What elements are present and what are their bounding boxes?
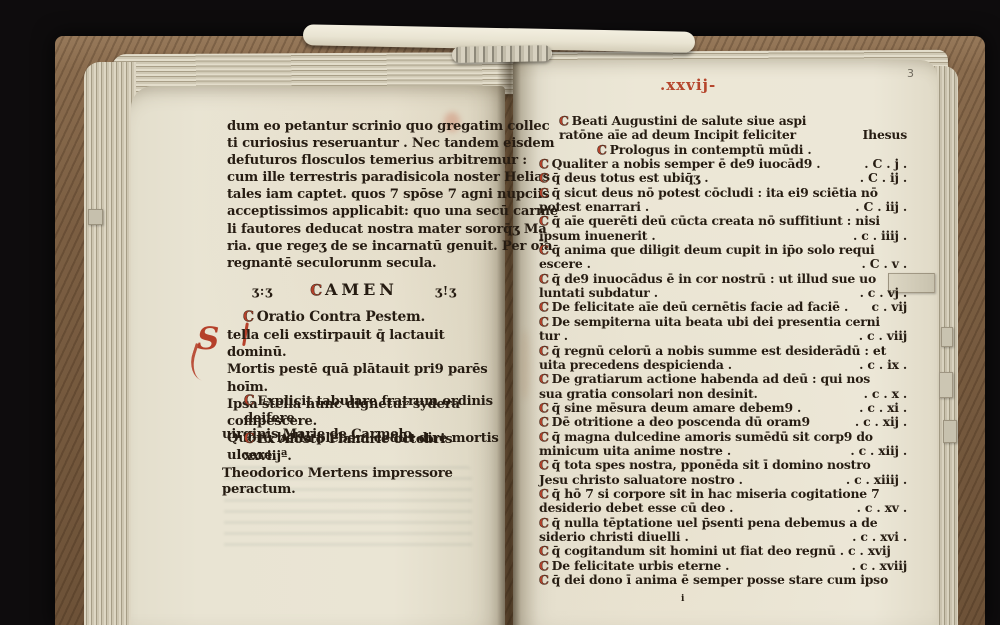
entry-chapter-ref: . c . xviij [846,559,907,573]
rubric-pilcrow-icon: C [539,214,549,229]
entry-text: q̄ de9 inuocādus ē in cor nostrū : ut il… [552,272,876,286]
entry-text: q̄ regnū celorū a nobis summe est deside… [552,344,886,358]
entry-chapter-ref: . c . xiiij . [840,473,907,487]
entry-text: ipsum inuenerit . [539,229,655,243]
toc-entry: tur .. c . viij [539,329,907,343]
entry-text: desiderio debet esse cū deo . [539,501,733,515]
entry-text: q̄ deus totus est ubiq̄ʒ . [552,171,709,185]
text-line: ti curiosius reseruantur . Nec tandem ei… [227,135,500,152]
rubric-pilcrow-icon: C [539,486,549,501]
entry-text: q̄ hō 7 si corpore sit in hac miseria co… [552,487,880,501]
entry-chapter-ref: c . vij [866,300,907,314]
photograph-of-open-book: 3 i dum eo petantur scrinio quo gregatim… [0,0,1000,625]
rubric-pilcrow-icon: C [539,185,549,200]
entry-text: q̄ aīe querēti deū cūcta creata nō suffi… [552,214,880,228]
toc-entry: ratōne aīe ad deum Incipit feliciterIhes… [539,128,907,142]
toc-entry: sua gratia consolari non desinit.. c . x… [539,387,907,401]
entry-text: Beati Augustini de salute siue aspi [572,114,807,128]
amen-line: ʒ:ʒ CAMEN ʒ!ʒ [252,280,457,299]
toc-entry: Cq̄ hō 7 si corpore sit in hac miseria c… [539,487,907,501]
entry-chapter-ref: . C . iij . [849,200,907,214]
text-line: dum eo petantur scrinio quo gregatim col… [227,118,500,135]
toc-entry: CDe felicitate aīe deū cernētis facie ad… [539,300,907,314]
entry-text: uita precedens despicienda . [539,358,732,372]
text-line: defuturos flosculos temerius arbitremur … [227,152,500,169]
entry-text: tur . [539,329,568,343]
entry-text: De sempiterna uita beata ubi dei present… [552,315,880,329]
text-line: Ex Alosto Flandrie octobris xxviijª. [244,432,452,464]
entry-chapter-ref: . c . viij [853,329,907,343]
entry-text: De gratiarum actione habenda ad deū : qu… [552,372,870,386]
toc-entry: Cq̄ deus totus est ubiq̄ʒ .. C . ij . [539,171,907,185]
rubric-pilcrow-icon: C [310,280,322,299]
text-line: tales iam captet. quos 7 spōse 7 agni nu… [227,186,500,203]
toc-entry: Cq̄ cogitandum sit homini ut fiat deo re… [539,544,907,558]
toc-entry: Cq̄ nulla tēptatione uel p̄senti pena de… [539,516,907,530]
rubric-pilcrow-icon: C [244,431,254,449]
entry-text: q̄ nulla tēptatione uel p̄senti pena deb… [552,516,878,530]
fore-edge-tab-2 [939,372,953,398]
rubric-pilcrow-icon: C [539,343,549,358]
entry-text: De felicitate aīe deū cernētis facie ad … [552,300,848,314]
entry-chapter-ref: . c . xi . [853,401,907,415]
toc-entry: Cq̄ regnū celorū a nobis summe est desid… [539,344,907,358]
rubric-pilcrow-icon: C [243,308,254,325]
toc-entry: Cq̄ tota spes nostra, pponēda sit ī domi… [539,458,907,472]
rubric-pilcrow-icon: C [244,393,254,411]
entry-text: ratōne aīe ad deum Incipit feliciter [559,128,796,142]
colophon-block: CEx Alosto Flandrie octobris xxviijª.The… [222,432,502,499]
entry-text: q̄ magna dulcedine amoris sumēdū sit cor… [552,430,873,444]
rubric-pilcrow-icon: C [539,458,549,473]
toc-entry: CDē otritione a deo poscenda dū oram9. c… [539,415,907,429]
entry-chapter-ref: . c . iiij . [847,229,907,243]
entry-text: luntati subdatur . [539,286,658,300]
text-line: cum ille terrestris paradisicola noster … [227,169,500,186]
left-paragraph: dum eo petantur scrinio quo gregatim col… [227,118,500,272]
oratio-heading: COratio Contra Pestem. [243,309,425,325]
rubric-pilcrow-icon: C [539,572,549,587]
text-line: regnantē seculorunm secula. [227,255,500,272]
entry-chapter-ref: . c . xvi . [846,530,907,544]
parchment-tab-left [88,209,103,225]
ornament-left: ʒ:ʒ [252,284,273,298]
amen-word: CAMEN [310,280,398,299]
toc-entry: CQualiter a nobis semper ē de9 iuocād9 .… [539,157,907,171]
toc-entry: luntati subdatur .. c . vj . [539,286,907,300]
entry-chapter-ref: . c . ix . [853,358,907,372]
toc-entry: Cq̄ magna dulcedine amoris sumēdū sit co… [539,430,907,444]
entry-chapter-ref: . C . ij . [854,171,907,185]
toc-entry: desiderio debet esse cū deo .. c . xv . [539,501,907,515]
rubric-pilcrow-icon: C [539,372,549,387]
pencil-folio-number: 3 [907,67,914,80]
entry-chapter-ref: . C . j . [858,157,907,171]
toc-entry: siderio christi diuelli .. c . xvi . [539,530,907,544]
toc-entry: uita precedens despicienda .. c . ix . [539,358,907,372]
toc-entry: Cq̄ dei dono ī anima ē semper posse star… [539,573,907,587]
right-page-entries: CBeati Augustini de salute siue aspiratō… [539,114,907,587]
toc-entry: Cq̄ anima que diligit deum cupit in ip̄o… [539,243,907,257]
text-line: Explicit tabulare fratrum ordinis deifer… [244,394,493,426]
colophon-line: Theodorico Mertens impressore peractum. [222,466,502,500]
fore-edge-tab-1 [941,327,953,347]
text-line: ria. que regeʒ de se incarnatū genuit. P… [227,238,500,255]
rubric-pilcrow-icon: C [539,271,549,286]
colophon-line: CEx Alosto Flandrie octobris xxviijª. [222,432,502,466]
rubric-pilcrow-icon: C [539,314,549,329]
rubric-pilcrow-icon: C [539,429,549,444]
entry-text: q̄ sine mēsura deum amare debem9 . [552,401,801,415]
entry-text: Dē otritione a deo poscenda dū oram9 [552,415,810,429]
entry-text: Jesu christo saluatore nostro . [539,473,743,487]
entry-chapter-ref: . C . v . [856,257,907,271]
entry-chapter-ref: . c . xv . [851,501,907,515]
entry-text: potest enarrari . [539,200,649,214]
entry-text: sua gratia consolari non desinit. [539,387,758,401]
entry-text: siderio christi diuelli . [539,530,689,544]
fore-edge-left [84,62,136,625]
text-line: acceptissimos applicabit: quo una secū c… [227,203,500,220]
rubric-pilcrow-icon: C [539,243,549,258]
entry-text: q̄ cogitandum sit homini ut fiat deo reg… [552,544,891,558]
folio-header: .xxvij- [660,76,716,94]
text-line: Theodorico Mertens impressore peractum. [222,466,453,498]
toc-entry: CDe sempiterna uita beata ubi dei presen… [539,315,907,329]
entry-chapter-ref: . c . xij . [849,415,907,429]
text-line: li fautores deducat nostra mater sororq̄… [227,221,500,238]
toc-entry: Jesu christo saluatore nostro .. c . xii… [539,473,907,487]
stray-ink-mark: i [681,594,684,604]
rubric-pilcrow-icon: C [559,113,569,128]
toc-entry: CDe felicitate urbis eterne .. c . xviij [539,559,907,573]
toc-entry: ipsum inuenerit .. c . iiij . [539,229,907,243]
toc-entry: escere .. C . v . [539,257,907,271]
toc-entry: Cq̄ sine mēsura deum amare debem9 .. c .… [539,401,907,415]
entry-text: q̄ dei dono ī anima ē semper posse stare… [552,573,888,587]
entry-text: q̄ tota spes nostra, pponēda sit ī domin… [552,458,871,472]
explicit-line: CExplicit tabulare fratrum ordinis deife… [222,394,502,427]
entry-chapter-ref: . c . vj . [854,286,907,300]
entry-text: Prologus in contemptū mūdi . [610,143,812,157]
entry-text: minicum uita anime nostre . [539,444,731,458]
entry-chapter-ref: . c . xiij . [844,444,907,458]
toc-entry: Cq̄ aīe querēti deū cūcta creata nō suff… [539,214,907,228]
toc-entry: Cq̄ sicut deus nō potest cōcludi : ita e… [539,186,907,200]
rubric-pilcrow-icon: C [597,142,607,157]
poem-line: Mortis pestē quā plātauit pri9 parēs hoī… [227,361,503,395]
toc-entry: CDe gratiarum actione habenda ad deū : q… [539,372,907,386]
entry-text: De felicitate urbis eterne . [552,559,730,573]
heading-text: Oratio Contra Pestem. [257,309,425,325]
entry-text: q̄ sicut deus nō potest cōcludi : ita ei… [552,186,878,200]
toc-entry: minicum uita anime nostre .. c . xiij . [539,444,907,458]
fore-edge-tab-3 [943,420,957,443]
toc-entry: potest enarrari .. C . iij . [539,200,907,214]
gutter-stain [520,330,530,400]
toc-entry: CBeati Augustini de salute siue aspi [539,114,907,128]
headband-sewing [452,45,552,63]
entry-text: q̄ anima que diligit deum cupit in ip̄o … [552,243,875,257]
rubric-pilcrow-icon: C [539,515,549,530]
ornament-right: ʒ!ʒ [435,284,457,298]
entry-chapter-ref: Ihesus [857,128,907,142]
poem-line: tella celi exstirpauit q̄ lactauit domin… [227,327,503,361]
rubricated-initial-icon: S [197,324,219,355]
entry-chapter-ref: . c . x . [858,387,907,401]
entry-text: Qualiter a nobis semper ē de9 iuocād9 . [552,157,821,171]
toc-entry: CPrologus in contemptū mūdi . [539,143,907,157]
toc-entry: Cq̄ de9 inuocādus ē in cor nostrū : ut i… [539,272,907,286]
